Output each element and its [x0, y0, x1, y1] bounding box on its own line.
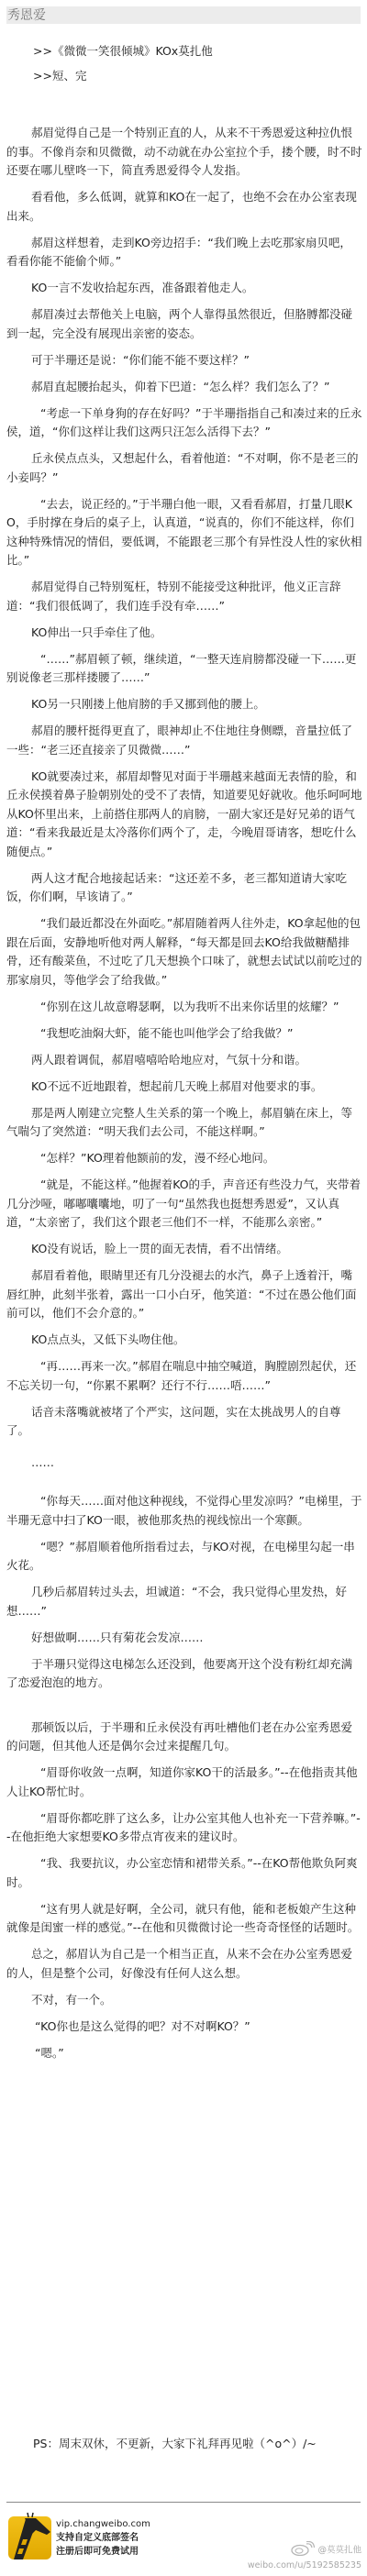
paragraph: 那顿饭以后，于半珊和丘永侯没有再吐槽他们老在办公室秀恩爱的问题，但其他人还是偶尔…: [6, 1719, 362, 1756]
paragraph: KO一言不发收拾起东西，准备跟着他走人。: [6, 279, 362, 298]
paragraph: “我们最近都没在外面吃。”郝眉随着两人往外走，KO拿起他的包跟在后面，安静地听他…: [6, 914, 362, 989]
paragraph: 好想做啊……只有菊花会发凉……: [6, 1629, 362, 1648]
paragraph: 郝眉凑过去帮他关上电脑，两个人靠得虽然很近，但胳膊都没碰到一起，完全没有展现出亲…: [6, 305, 362, 343]
paragraph: 郝眉直起腰抬起头，仰着下巴道：“怎么样？我们怎么了？”: [6, 378, 362, 397]
ad-line-1: 支持自定义底部签名: [56, 2531, 150, 2545]
paragraph: 郝眉觉得自己是一个特别正直的人，从来不干秀恩爱这种拉仇恨的事。不像肖奈和贝微微，…: [6, 124, 362, 181]
ad-url[interactable]: vip.changweibo.com: [56, 2517, 150, 2531]
paragraph: KO另一只刚搂上他肩膀的手又挪到他的腰上。: [6, 695, 362, 714]
footer-divider: [6, 2502, 361, 2503]
paragraph: KO点点头，又低下头吻住他。: [6, 1331, 362, 1350]
type-info-line: >>短、完: [33, 69, 86, 83]
paragraph: “眉哥你收敛一点啊，知道你家KO干的活最多。”--在他指责其他人让KO帮忙时。: [6, 1763, 362, 1801]
weibo-watermark: @莫莫扎他 weibo.com/u/5192585235: [248, 2541, 361, 2571]
paragraph: 不对，有一个。: [6, 1991, 362, 2010]
paragraph: “这有男人就是好啊，全公司，就只有他，能和老板娘产生这种就像是闺蜜一样的感觉。”…: [6, 1900, 362, 1938]
postscript: PS：周末双休，不更新，大家下礼拜再见啦（^o^）/~: [33, 2437, 317, 2451]
paragraph: “去去，说正经的。”于半珊白他一眼，又看看郝眉，打量几眼KO，手肘撑在身后的桌子…: [6, 495, 362, 570]
paragraph: 两人跟着调侃，郝眉嘻嘻哈哈地应对，气氛十分和谐。: [6, 1051, 362, 1070]
paragraph: 总之，郝眉认为自己是一个相当正直，从来不会在办公室秀恩爱的人，但是整个公司，好像…: [6, 1945, 362, 1983]
paragraph: 郝眉觉得自己特别冤枉，特别不能接受这种批评，他义正言辞道：“我们很低调了，我们连…: [6, 578, 362, 615]
paragraph: 那是两人刚建立完整人生关系的第一个晚上，郝眉躺在床上，等气喘匀了突然道：“明天我…: [6, 1104, 362, 1142]
paragraph: 郝眉的腰杆挺得更直了，眼神却止不住地往身侧瞟，音量拉低了一些：“老三还直接亲了贝…: [6, 722, 362, 759]
watermark-handle: @莫莫扎他: [317, 2546, 361, 2556]
paragraph: “我、我要抗议，办公室恋情和裙带关系。”--在KO帮他欺负阿爽时。: [6, 1854, 362, 1892]
paragraph: 丘永侯点点头，又想起什么，看着他道：“不对啊，你不是老三的小妾吗？”: [6, 449, 362, 487]
paragraph: “嗯。”: [6, 2044, 362, 2063]
paragraph: 郝眉看着他，眼睛里还有几分没褪去的水汽，鼻子上透着汗，嘴唇红肿，此刻半张着，露出…: [6, 1266, 362, 1323]
paragraph: 看看他，多么低调，就算和KO在一起了，也绝不会在办公室表现出来。: [6, 188, 362, 226]
work-info-line: >>《微微一笑很倾城》KOx莫扎他: [33, 44, 213, 59]
ad-text-block: vip.changweibo.com 支持自定义底部签名 注册后即可免费试用: [56, 2517, 150, 2559]
paragraph: “你每天……面对他这种视线，不觉得心里发凉吗？”电梯里，于半珊无意中扫了KO一眼…: [6, 1492, 362, 1530]
paragraph: “眉哥你都吃胖了这么多，让办公室其他人也补充一下营养嘛。”--在他拒绝大家想要K…: [6, 1809, 362, 1847]
paragraph: 两人这才配合地接起话来：“这还差不多，老三都知道请大家吃饭，你们啊，早该请了。”: [6, 869, 362, 907]
paragraph: 郝眉这样想着，走到KO旁边招手：“我们晚上去吃那家扇贝吧，看看你能不能偷个师。”: [6, 234, 362, 271]
paragraph: “我想吃油焖大虾，能不能也叫他学会了给我做？”: [6, 1024, 362, 1044]
paragraph: “怎样？”KO理着他额前的发，漫不经心地问。: [6, 1149, 362, 1168]
watermark-url: weibo.com/u/5192585235: [248, 2559, 361, 2571]
page-title: 秀恩爱: [7, 7, 46, 24]
paragraph: KO不远不近地跟着，想起前几天晚上郝眉对他要求的事。: [6, 1078, 362, 1097]
paragraph: 可于半珊还是说：“你们能不能不要这样？”: [6, 351, 362, 370]
paragraph: 于半珊只觉得这电梯怎么还没到，他要离开这个没有粉红却充满了恋爱泡泡的地方。: [6, 1655, 362, 1693]
paragraph: “嗯？”郝眉顺着他所指看过去，与KO对视，在电梯里勾起一串火花。: [6, 1538, 362, 1575]
paragraph: “……”郝眉顿了顿，继续道，“一整天连肩膀都没碰一下……更别说像老三那样搂腰了……: [6, 650, 362, 688]
story-body: 郝眉觉得自己是一个特别正直的人，从来不干秀恩爱这种拉仇恨的事。不像肖奈和贝微微，…: [6, 124, 362, 2071]
paragraph: KO没有说话，脸上一贯的面无表情，看不出情绪。: [6, 1240, 362, 1259]
paragraph: KO伸出一只手牵住了他。: [6, 624, 362, 643]
paragraph: 话音未落嘴就被堵了个严实，这问题，实在太挑战男人的自尊了。: [6, 1403, 362, 1441]
weibo-logo-icon: [291, 2541, 315, 2559]
paragraph: “再……再来一次。”郝眉在喘息中抽空喊道，胸膛剧烈起伏，还不忘关切一句，“你累不…: [6, 1357, 362, 1395]
paragraph: “考虑一下单身狗的存在好吗？”于半珊指指自己和凑过来的丘永侯，道，“你们这样让我…: [6, 404, 362, 442]
paragraph: KO就要凑过来，郝眉却瞥见对面于半珊越来越面无表情的脸，和丘永侯摸着鼻子脸朝别处…: [6, 768, 362, 862]
giraffe-logo-icon[interactable]: [8, 2516, 51, 2559]
paragraph: “KO你也是这么觉得的吧？对不对啊KO？”: [6, 2018, 362, 2037]
paragraph: “就是，不能这样。”他握着KO的手，声音还有些没力气，夹带着几分沙哑，嘟嘟囔囔地…: [6, 1176, 362, 1233]
header-bar: [6, 6, 361, 24]
paragraph: 几秒后郝眉转过头去，坦诚道：“不会，我只觉得心里发热，好想……”: [6, 1583, 362, 1620]
ad-line-2: 注册后即可免费试用: [56, 2545, 150, 2559]
paragraph: “你别在这儿故意嘚瑟啊，以为我听不出来你话里的炫耀？”: [6, 998, 362, 1017]
ellipsis-break: ……: [6, 1454, 362, 1473]
